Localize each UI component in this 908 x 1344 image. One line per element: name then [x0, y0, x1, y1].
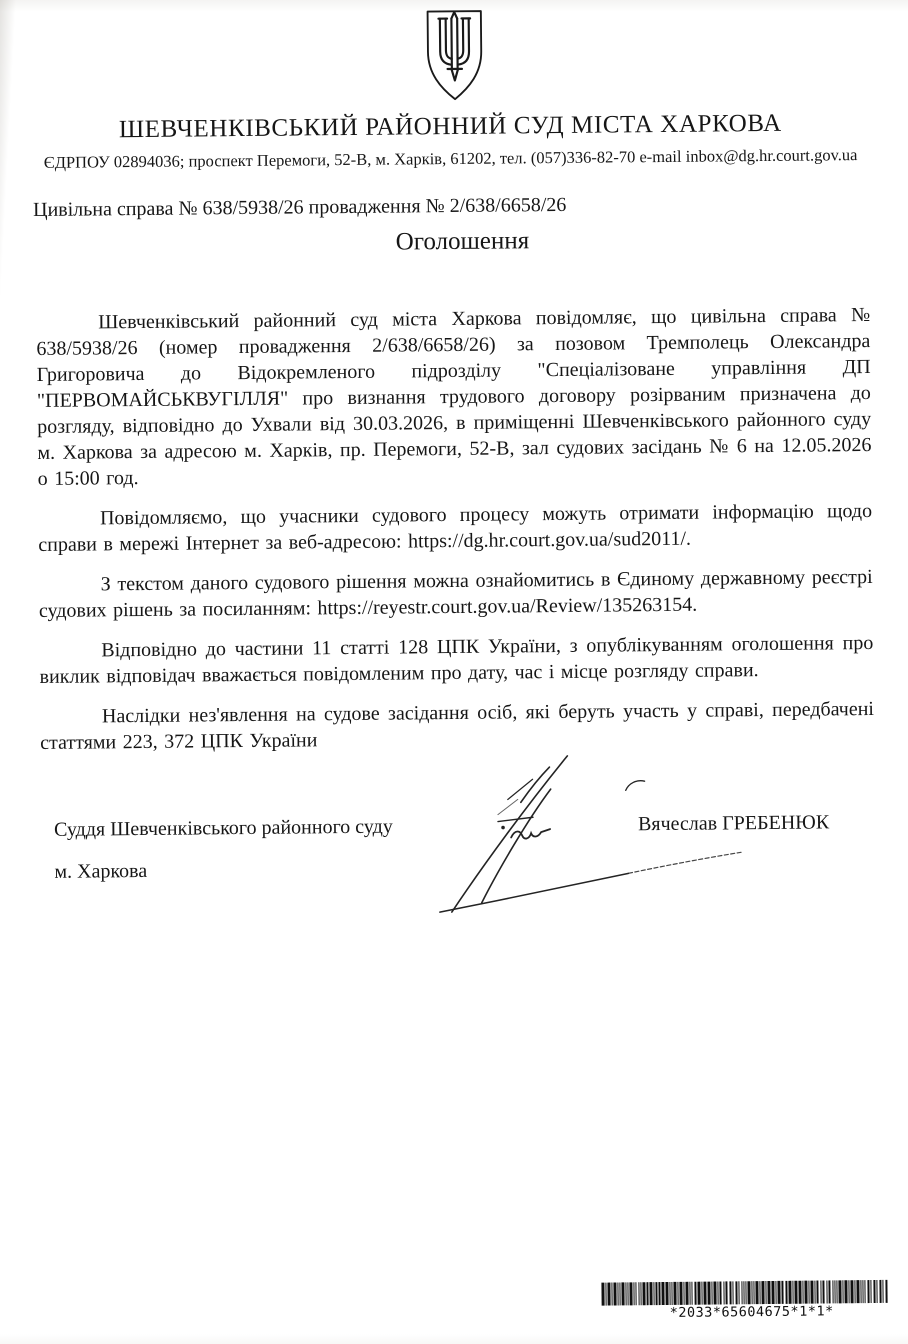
- court-name: ШЕВЧЕНКІВСЬКИЙ РАЙОННИЙ СУД МІСТА ХАРКОВ…: [0, 109, 904, 146]
- barcode: *2033*65604675*1*1*: [601, 1280, 901, 1322]
- court-contact-details: ЄДРПОУ 02894036; проспект Перемоги, 52-В…: [0, 145, 905, 174]
- scanned-court-document: ШЕВЧЕНКІВСЬКИЙ РАЙОННИЙ СУД МІСТА ХАРКОВ…: [0, 0, 908, 1344]
- body-paragraph: З текстом даного судового рішення можна …: [39, 564, 873, 624]
- document-title: Оголошення: [0, 224, 906, 261]
- body-paragraph: Шевченківський районний суд міста Харков…: [36, 302, 872, 492]
- judge-signature-ink: [422, 742, 754, 920]
- barcode-bars: [601, 1280, 901, 1306]
- document-content: ШЕВЧЕНКІВСЬКИЙ РАЙОННИЙ СУД МІСТА ХАРКОВ…: [0, 0, 908, 1344]
- case-number-line: Цивільна справа № 638/5938/26 провадженн…: [33, 194, 566, 222]
- ukraine-trident-icon: [418, 8, 491, 105]
- body-paragraph: Відповідно до частини 11 статті 128 ЦПК …: [39, 630, 873, 690]
- judge-city: м. Харкова: [54, 860, 147, 884]
- judge-title: Суддя Шевченківського районного суду: [54, 816, 393, 842]
- body-paragraph: Повідомляємо, що учасники судового проце…: [38, 498, 872, 558]
- body-text: Шевченківський районний суд міста Харков…: [36, 302, 874, 770]
- barcode-text: *2033*65604675*1*1*: [602, 1303, 902, 1322]
